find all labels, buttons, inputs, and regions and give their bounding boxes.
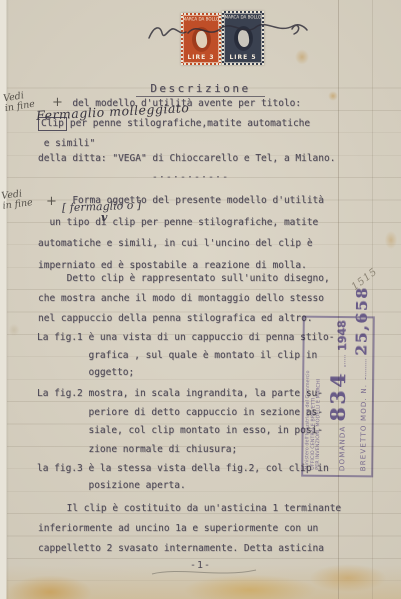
brevetto-row: BREVETTO MOD. N. 25,658 [351,318,373,475]
typed-line: La fig.1 è una vista di un cappuccio di … [37,329,334,347]
typed-line: nel cappuccio della penna stilografica e… [38,309,330,329]
ministry-text: Ministero dell'Industria e del Commercio… [303,346,322,475]
domanda-label: DOMANDA [338,426,346,472]
dotted-rule [344,355,346,367]
cancellation-signature [146,17,310,49]
margin-note-line: in fine [4,100,35,115]
paragraph-detto: Detto clip è rappresentato sull'unito di… [38,269,330,329]
brevetto-label: BREVETTO MOD. N. [359,384,368,472]
typed-line: della ditta: "VEGA" di Chioccarello e Te… [38,149,335,169]
typed-line: cappelletto 2 svasato internamente. Dett… [38,539,341,559]
typed-line: che mostra anche il modo di montaggio de… [38,289,330,309]
typed-line: la fig.3 è la stessa vista della fig.2, … [37,461,329,478]
patent-office-stamp-content: Ministero dell'Industria e del Commercio… [303,318,373,476]
margin-note-line: in fine [2,198,33,212]
typed-line: automatiche e simili, in cui l'uncino de… [38,233,324,255]
dashed-separator: -·-·-·-·-·- [0,172,381,183]
typed-line: Detto clip è rappresentato sull'unito di… [38,269,330,289]
typed-line: La fig.2 mostra, in scala ingrandita, la… [37,385,323,404]
insertion-caret: v [101,211,107,224]
scanned-document-page: MARCA DA BOLLO LIRE 3 MARCA DA BOLLO LIR… [0,0,401,599]
paragraph-fig2: La fig.2 mostra, in scala ingrandita, la… [37,385,323,459]
pencil-swoosh [150,565,260,579]
clip-line-rest: per penne stilografiche,matite automatic… [70,118,310,129]
patent-office-stamp: Ministero dell'Industria e del Commercio… [301,316,375,478]
paragraph-fig3: la fig.3 è la stessa vista della fig.2, … [37,461,329,494]
paragraph-clip: Il clip è costituito da un'asticina 1 te… [38,499,341,559]
typed-line: Il clip è costituito da un'asticina 1 te… [38,499,341,519]
ditta-line: della ditta: "VEGA" di Chioccarello e Te… [38,149,335,169]
ministry-line: PER INVENZIONI, MODELLI E MARCHI [316,346,323,470]
typed-line: periore di detto cappuccio in sezione as… [37,404,323,423]
domanda-number: 834 [329,371,348,422]
typed-line: zione normale di chiusura; [37,441,323,460]
typed-line: oggetto; [37,364,334,382]
date-stamp-year: 1948 [336,320,350,351]
margin-note-vedi-in-fine-2: Vedi in fine [1,188,33,212]
reference-cross-2: + [46,194,57,209]
margin-note-vedi-in-fine-1: Vedi in fine [3,90,36,114]
domanda-row: DOMANDA 834 1948 [328,318,349,475]
typed-line: posizione aperta. [37,478,329,495]
typed-line: un tipo di clip per penne stilografiche,… [38,212,324,234]
stamp-value-label: LIRE 3 [187,54,214,61]
stamp-value-label: LIRE 5 [229,54,256,61]
typed-line: grafica , sul quale è montato il clip in [37,347,334,365]
typed-line: inferiormente ad uncino 1a e superiormen… [38,519,341,539]
typed-line: siale, col clip montato in esso, in posi… [37,422,323,441]
brevetto-number: 25,658 [352,286,371,356]
paragraph-fig1: La fig.1 è una vista di un cappuccio di … [37,329,334,382]
dotted-rule [364,360,366,380]
